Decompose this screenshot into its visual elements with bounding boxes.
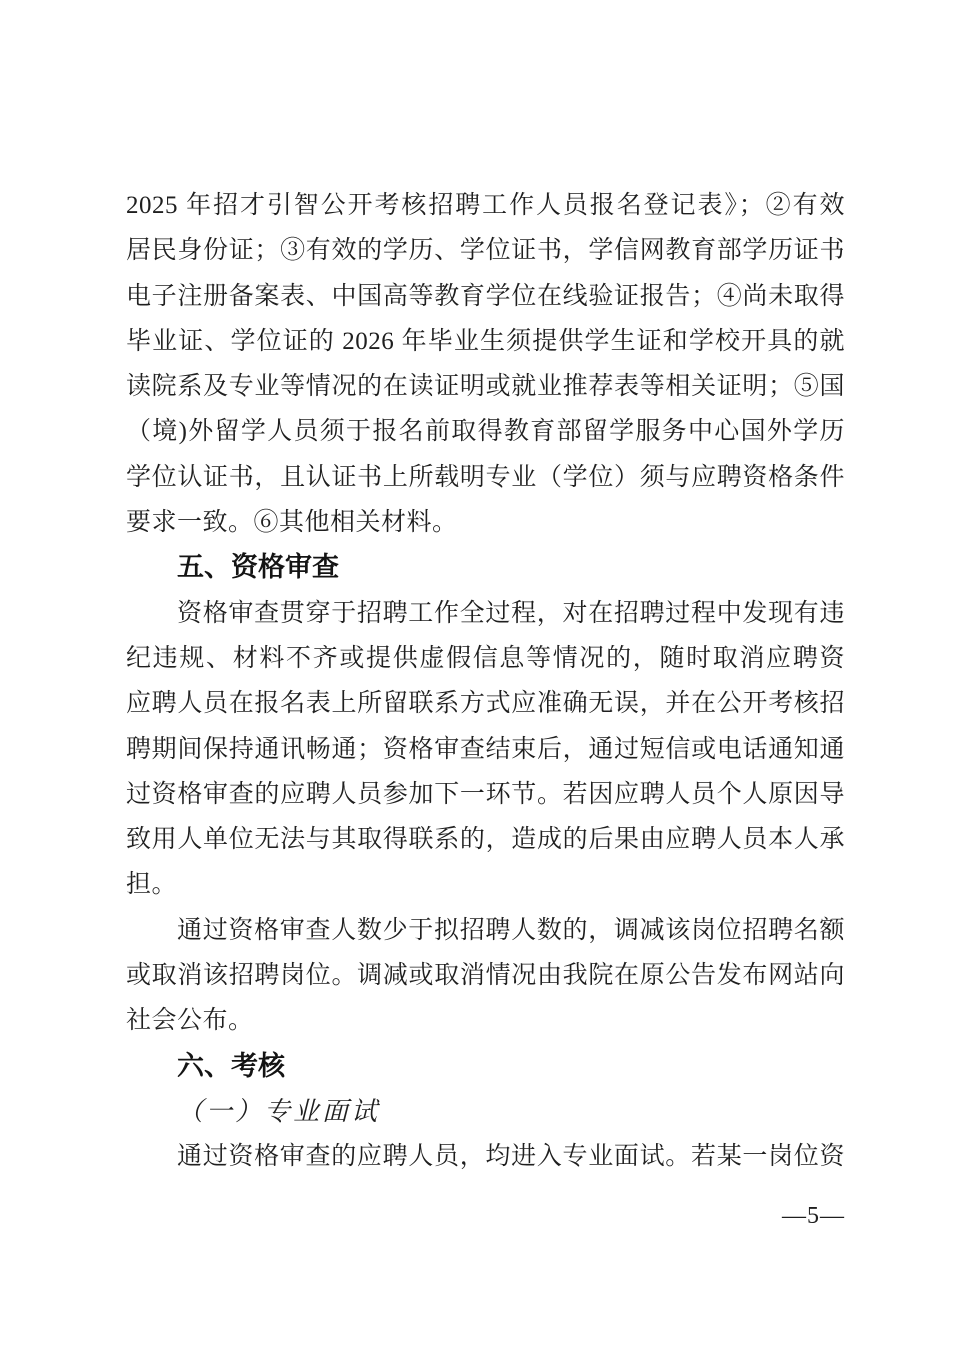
text-line: 资格审查贯穿于招聘工作全过程，对在招聘过程中发现有违: [126, 591, 845, 636]
text-line: 致用人单位无法与其取得联系的，造成的后果由应聘人员本人承: [126, 817, 845, 862]
text-line: 应聘人员在报名表上所留联系方式应准确无误，并在公开考核招: [126, 681, 845, 726]
text-line: 通过资格审查人数少于拟招聘人数的，调减该岗位招聘名额: [126, 908, 845, 953]
text-line: （境)外留学人员须于报名前取得教育部留学服务中心国外学历: [126, 409, 845, 454]
document-page: 2025 年招才引智公开考核招聘工作人员报名登记表》；②有效居民身份证；③有效的…: [0, 0, 960, 1357]
paragraph-quota-reduction: 通过资格审查人数少于拟招聘人数的，调减该岗位招聘名额或取消该招聘岗位。调减或取消…: [126, 908, 845, 1044]
text-line: 聘期间保持通讯畅通；资格审查结束后，通过短信或电话通知通: [126, 727, 845, 772]
text-line: 过资格审查的应聘人员参加下一环节。若因应聘人员个人原因导: [126, 772, 845, 817]
text-line: 学位认证书，且认证书上所载明专业（学位）须与应聘资格条件: [126, 455, 845, 500]
paragraph-interview-intro: 通过资格审查的应聘人员，均进入专业面试。若某一岗位资: [126, 1134, 845, 1179]
text-line: 纪违规、材料不齐或提供虚假信息等情况的，随时取消应聘资格。: [126, 636, 845, 681]
subheading-professional-interview: （一）专业面试: [126, 1089, 845, 1134]
paragraph-application-materials: 2025 年招才引智公开考核招聘工作人员报名登记表》；②有效居民身份证；③有效的…: [126, 183, 845, 545]
document-body: 2025 年招才引智公开考核招聘工作人员报名登记表》；②有效居民身份证；③有效的…: [126, 183, 845, 1180]
text-line: 电子注册备案表、中国高等教育学位在线验证报告；④尚未取得: [126, 274, 845, 319]
heading-section-six-assessment: 六、考核: [126, 1044, 845, 1089]
text-line: 2025 年招才引智公开考核招聘工作人员报名登记表》；②有效: [126, 183, 845, 228]
text-line: 担。: [126, 862, 845, 907]
heading-section-five-qualification-review: 五、资格审查: [126, 545, 845, 590]
text-line: 居民身份证；③有效的学历、学位证书，学信网教育部学历证书: [126, 228, 845, 273]
paragraph-qualification-review: 资格审查贯穿于招聘工作全过程，对在招聘过程中发现有违纪违规、材料不齐或提供虚假信…: [126, 591, 845, 908]
text-line: 读院系及专业等情况的在读证明或就业推荐表等相关证明；⑤国: [126, 364, 845, 409]
text-line: 通过资格审查的应聘人员，均进入专业面试。若某一岗位资: [126, 1134, 845, 1179]
text-line: 要求一致。⑥其他相关材料。: [126, 500, 845, 545]
text-line: 社会公布。: [126, 998, 845, 1043]
page-number: —5—: [782, 1203, 845, 1230]
text-line: 毕业证、学位证的 2026 年毕业生须提供学生证和学校开具的就: [126, 319, 845, 364]
text-line: 或取消该招聘岗位。调减或取消情况由我院在原公告发布网站向: [126, 953, 845, 998]
